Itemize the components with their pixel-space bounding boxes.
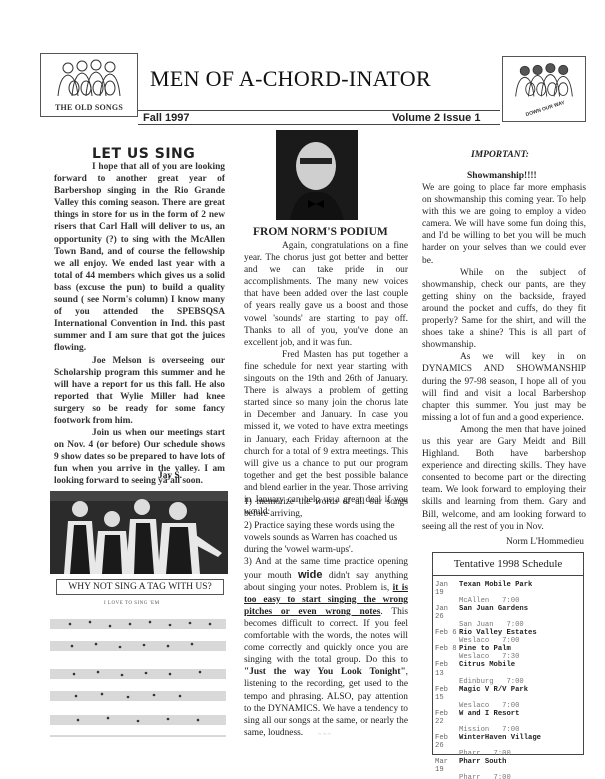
newsletter-title: MEN OF A-CHORD-INATOR [150,66,431,92]
schedule-time: 7:00 [502,702,519,710]
article-paragraph: While on the subject of showmanship, che… [422,267,586,352]
schedule-city: McAllen [459,597,489,605]
schedule-date: Feb 6 [435,629,459,637]
schedule-row: Jan 19Texan Mobile Park [435,581,581,597]
article-paragraph: As we will key in on DYNAMICS AND SHOWMA… [422,351,586,424]
schedule-venue: Citrus Mobile [459,661,515,677]
schedule-venue: San Juan Gardens [459,605,528,621]
logo-caption: DOWN OUR WAY [525,100,566,118]
schedule-city: Pharr [459,750,481,758]
handwritten-note: ~ ~ ~ [318,732,331,738]
important-article: We are going to place far more emphasis … [422,182,586,533]
schedule-time: 7:30 [502,653,519,661]
schedule-city: Weslaco [459,702,489,710]
schedule-venue: Pharr South [459,758,506,774]
podium-article: Again, congratulations on a fine year. T… [244,240,408,518]
logo-caption: THE OLD SONGS [41,103,137,112]
schedule-location: Weslaco 7:30 [435,653,581,661]
schedule-city: Weslaco [459,653,489,661]
schedule-location: Mission 7:00 [435,726,581,734]
schedule-venue: W and I Resort [459,710,519,726]
list-item: 2) Practice saying these words using the… [244,520,408,556]
schedule-location: Pharr 7:00 [435,750,581,758]
schedule-row: Feb 15Magic V R/V Park [435,686,581,702]
song-title: "Just the way You Look Tonight" [244,667,406,677]
issue-divider [138,124,500,125]
showmanship-subheading: Showmanship!!!! [467,171,537,181]
logo-old-songs: THE OLD SONGS [40,53,138,117]
schedule-box: Tentative 1998 Schedule Jan 19Texan Mobi… [432,552,584,755]
schedule-location: San Juan 7:00 [435,621,581,629]
quartet-illustration-icon [512,61,576,99]
schedule-date: Feb 22 [435,710,459,726]
schedule-date: Mar 19 [435,758,459,774]
schedule-date: Feb 8 [435,645,459,653]
article-paragraph: Fred Masten has put together a fine sche… [244,349,408,518]
schedule-title: Tentative 1998 Schedule [433,553,583,576]
article-signature: Norm L'Hommedieu [506,537,584,547]
schedule-row: Feb 13Citrus Mobile [435,661,581,677]
schedule-venue: Rio Valley Estates [459,629,537,637]
schedule-row: Feb 6Rio Valley Estates [435,629,581,637]
schedule-date: Feb 13 [435,661,459,677]
schedule-city: Edinburg [459,678,494,686]
let-us-sing-heading: LET US SING [92,146,195,162]
schedule-location: Pharr 7:00 [435,774,581,779]
schedule-city: Weslaco [459,637,489,645]
schedule-time: 7:00 [506,678,523,686]
schedule-city: Pharr [459,774,481,779]
norm-portrait-photo [276,130,358,220]
list-item: 1) memorize the words of all our songs b… [244,496,408,520]
schedule-row: Mar 19Pharr South [435,758,581,774]
article-paragraph: Joe Melson is overseeing our Scholarship… [54,355,225,428]
article-paragraph: Again, congratulations on a fine year. T… [244,240,408,349]
schedule-row: Feb 8Pine to Palm [435,645,581,653]
article-paragraph: We are going to place far more emphasis … [422,182,586,267]
let-us-sing-article: I hope that all of you are looking forwa… [54,161,225,488]
schedule-location: Weslaco 7:00 [435,637,581,645]
list-item: 3) And at the same time practice opening… [244,556,408,738]
schedule-time: 7:00 [502,726,519,734]
schedule-venue: Pine to Palm [459,645,511,653]
schedule-time: 7:00 [506,621,523,629]
tag-caption: WHY NOT SING A TAG WITH US? [56,579,224,595]
schedule-row: Jan 26San Juan Gardens [435,605,581,621]
quartet-photo-image-icon [50,491,228,574]
schedule-venue: Texan Mobile Park [459,581,532,597]
title-divider [138,110,500,111]
schedule-location: McAllen 7:00 [435,597,581,605]
schedule-venue: Magic V R/V Park [459,686,528,702]
schedule-time: 7:00 [494,774,511,779]
issue-volume: Volume 2 Issue 1 [392,112,480,124]
article-paragraph: Among the men that have joined us this y… [422,424,586,533]
schedule-date: Jan 26 [435,605,459,621]
schedule-row: Feb 22W and I Resort [435,710,581,726]
sheet-music-icon [50,612,226,737]
quartet-illustration-icon [54,58,124,98]
logo-down-our-way: DOWN OUR WAY [502,56,586,122]
schedule-row: Feb 26WinterHaven Village [435,734,581,750]
schedule-date: Feb 15 [435,686,459,702]
podium-list: 1) memorize the words of all our songs b… [244,496,408,739]
schedule-time: 7:00 [502,637,519,645]
schedule-city: San Juan [459,621,494,629]
important-label: IMPORTANT: [471,150,529,160]
schedule-venue: WinterHaven Village [459,734,541,750]
article-paragraph: Join us when our meetings start on Nov. … [54,427,225,487]
issue-season: Fall 1997 [143,112,189,124]
schedule-date: Feb 26 [435,734,459,750]
schedule-location: Weslaco 7:00 [435,702,581,710]
schedule-date: Jan 19 [435,581,459,597]
article-paragraph: I hope that all of you are looking forwa… [54,161,225,355]
schedule-time: 7:00 [494,750,511,758]
portrait-image-icon [276,130,358,220]
schedule-city: Mission [459,726,489,734]
schedule-time: 7:00 [502,597,519,605]
sheet-music-title: I LOVE TO SING 'EM [104,601,160,606]
article-signature: Jay S. [158,471,182,481]
schedule-location: Edinburg 7:00 [435,678,581,686]
schedule-list: Jan 19Texan Mobile ParkMcAllen 7:00Jan 2… [435,581,581,779]
podium-heading: FROM NORM'S PODIUM [253,226,388,238]
emphasis-wide: wide [298,569,322,581]
quartet-photo [50,491,228,574]
